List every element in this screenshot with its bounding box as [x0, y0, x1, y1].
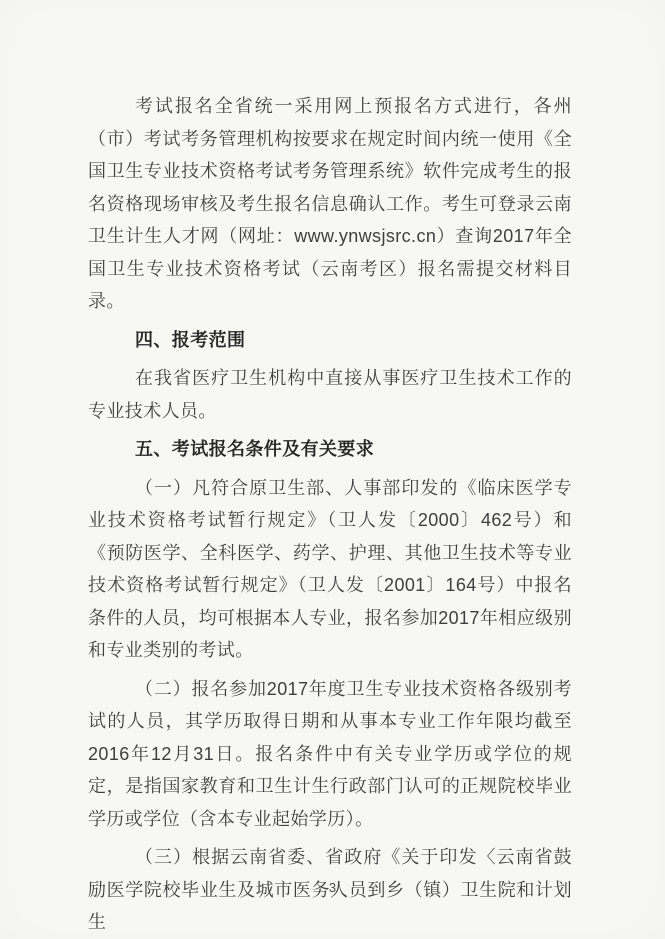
paragraph-online-registration-procedure: 考试报名全省统一采用网上预报名方式进行，各州（市）考试考务管理机构按要求在规定时…: [88, 90, 572, 318]
document-text-block: 考试报名全省统一采用网上预报名方式进行，各州（市）考试考务管理机构按要求在规定时…: [88, 90, 572, 939]
paragraph-application-scope-body: 在我省医疗卫生机构中直接从事医疗卫生技术工作的专业技术人员。: [88, 362, 572, 427]
scanned-document-page: 考试报名全省统一采用网上预报名方式进行，各州（市）考试考务管理机构按要求在规定时…: [0, 0, 665, 939]
paragraph-condition-2: （二）报名参加2017年度卫生专业技术资格各级别考试的人员，其学历取得日期和从事…: [88, 673, 572, 836]
page-number: 3: [0, 879, 665, 897]
paragraph-condition-1: （一）凡符合原卫生部、人事部印发的《临床医学专业技术资格考试暂行规定》（卫人发〔…: [88, 472, 572, 667]
section-heading-5-registration-requirements: 五、考试报名条件及有关要求: [88, 433, 572, 466]
section-heading-4-application-scope: 四、报考范围: [88, 324, 572, 357]
